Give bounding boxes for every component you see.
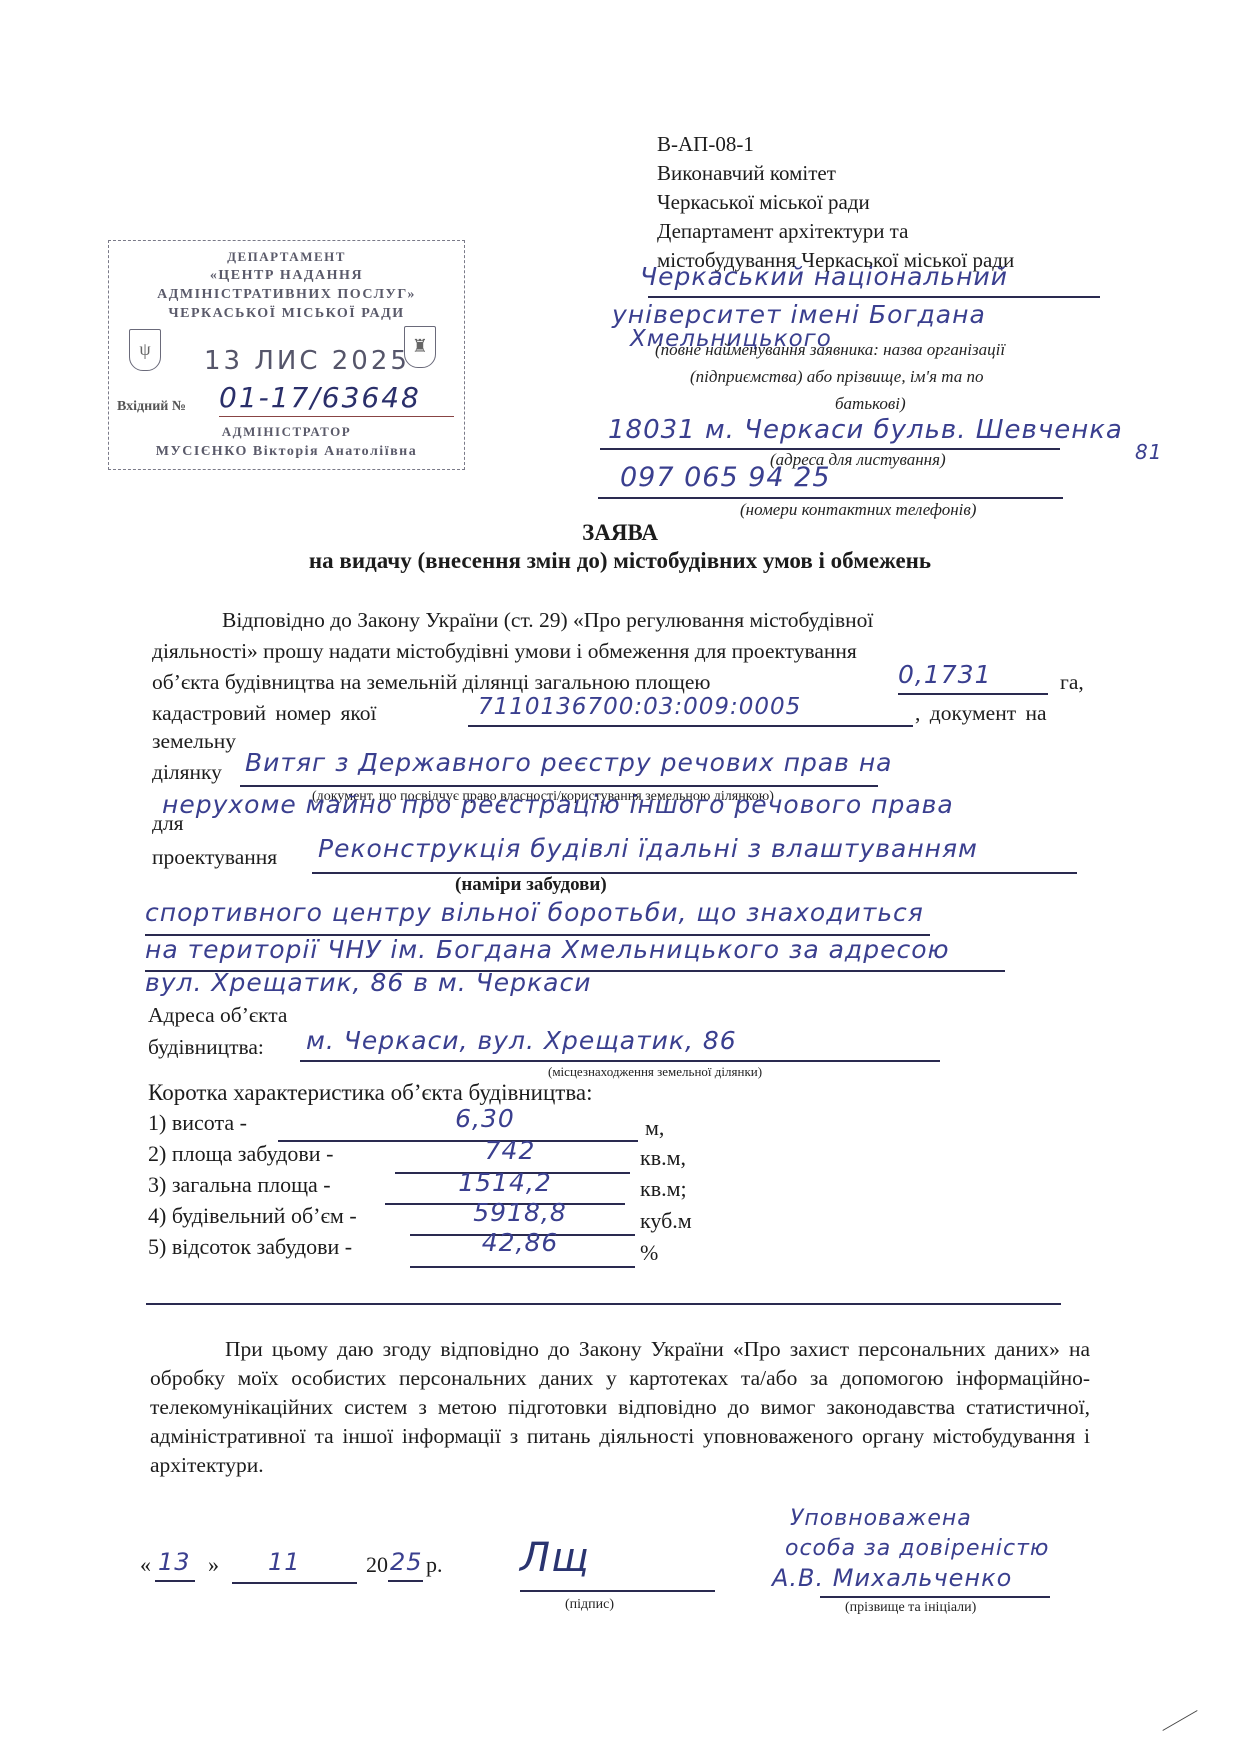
- document-subtitle: на видачу (внесення змін до) містобудівн…: [0, 548, 1240, 574]
- characteristic-value: 6,30: [345, 1104, 625, 1133]
- signature-mark: Лщ: [520, 1535, 590, 1581]
- recipient-line: Департамент архітектури та: [657, 217, 1014, 246]
- land-area-underline: [898, 693, 1048, 695]
- land-document-underline: [240, 785, 878, 787]
- characteristic-label: 2) площа забудови -: [148, 1141, 333, 1167]
- consent-line: метою підготовки відповідно до вимог зак…: [438, 1395, 1090, 1419]
- trident-emblem-icon: ψ: [129, 329, 161, 371]
- characteristic-value: 42,86: [410, 1228, 630, 1257]
- characteristic-value: 742: [395, 1136, 625, 1165]
- signer-line: особа за довіреністю: [785, 1536, 1049, 1561]
- characteristic-label: 5) відсоток забудови -: [148, 1234, 352, 1260]
- purpose-label: проектування: [152, 842, 277, 872]
- applicant-address: 18031 м. Черкаси бульв. Шевченка: [608, 415, 1123, 445]
- object-address-label: будівництва:: [148, 1032, 264, 1062]
- purpose-line: вул. Хрещатик, 86 в м. Черкаси: [145, 968, 591, 997]
- land-document-line: нерухоме майно про реєстрацію іншого реч…: [162, 790, 954, 819]
- object-address-label: Адреса об’єкта: [148, 1000, 287, 1030]
- signer-underline: [820, 1596, 1050, 1598]
- stamp-role: АДМІНІСТРАТОР: [109, 424, 464, 440]
- purpose-label: для: [152, 808, 184, 838]
- object-address-value: м. Черкаси, вул. Хрещатик, 86: [306, 1026, 737, 1055]
- stamp-line: ДЕПАРТАМЕНТ: [109, 249, 464, 265]
- object-address-underline: [300, 1060, 940, 1062]
- stamp-date: 13 ЛИС 2025: [204, 346, 410, 376]
- characteristic-label: 4) будівельний об’єм -: [148, 1203, 357, 1229]
- document-title: ЗАЯВА: [0, 520, 1240, 546]
- signature-underline: [520, 1590, 715, 1592]
- applicant-phone-underline: [598, 497, 1063, 499]
- document-label: , документ на: [915, 698, 1047, 728]
- date-month-underline: [232, 1582, 357, 1584]
- stamp-line: АДМІНІСТРАТИВНИХ ПОСЛУГ»: [109, 287, 464, 303]
- date-day-underline: [155, 1580, 195, 1582]
- characteristic-label: 3) загальна площа -: [148, 1172, 331, 1198]
- incoming-number-underline: [219, 416, 454, 417]
- applicant-name-caption: (повне найменування заявника: назва орга…: [655, 340, 1005, 360]
- characteristic-label: 1) висота -: [148, 1110, 247, 1136]
- section-divider: [146, 1303, 1061, 1305]
- applicant-name-caption: батькові): [835, 394, 906, 414]
- purpose-underline: [312, 872, 1077, 874]
- date-quote-open: «: [140, 1552, 151, 1578]
- stamp-administrator-name: МУСІЄНКО Вікторія Анатоліївна: [109, 444, 464, 460]
- date-day: 13: [158, 1548, 191, 1576]
- applicant-phone-caption: (номери контактних телефонів): [740, 500, 976, 520]
- characteristic-unit: кв.м;: [640, 1176, 687, 1202]
- applicant-phone: 097 065 94 25: [620, 462, 831, 493]
- cadastral-label: кадастровий номер якої: [152, 698, 376, 728]
- date-year-unit: р.: [426, 1552, 443, 1578]
- applicant-name-caption: (підприємства) або прізвище, ім'я та по: [690, 367, 983, 387]
- recipient-line: Черкаської міської ради: [657, 188, 1014, 217]
- recipient-header: В-АП-08-1 Виконавчий комітет Черкаської …: [657, 130, 1014, 275]
- stamp-line: «ЦЕНТР НАДАННЯ: [109, 268, 464, 284]
- characteristic-unit: куб.м: [640, 1208, 692, 1234]
- recipient-line: Виконавчий комітет: [657, 159, 1014, 188]
- date-year-underline: [388, 1580, 423, 1582]
- applicant-name-line: університет імені Богдана: [612, 300, 986, 329]
- applicant-name-underline: [648, 296, 1100, 298]
- date-year-prefix: 20: [366, 1552, 388, 1578]
- purpose-line: Реконструкція будівлі їдальні з влаштува…: [318, 834, 978, 863]
- date-quote-close: »: [208, 1552, 219, 1578]
- land-document-line: Витяг з Державного реєстру речових прав …: [245, 748, 893, 777]
- signer-caption: (прізвище та ініціали): [845, 1600, 976, 1616]
- incoming-number: 01-17/63648: [219, 381, 421, 414]
- characteristics-heading: Коротка характеристика об’єкта будівницт…: [148, 1080, 593, 1106]
- signer-name: А.В. Михальченко: [772, 1564, 1012, 1592]
- signer-line: Уповноважена: [790, 1506, 972, 1531]
- intro-line: діяльності» прошу надати містобудівні ум…: [152, 636, 857, 666]
- consent-line: При цьому даю згоду відповідно до Закону…: [225, 1337, 849, 1361]
- form-code: В-АП-08-1: [657, 130, 1014, 159]
- purpose-line: на території ЧНУ ім. Богдана Хмельницько…: [145, 935, 950, 964]
- consent-line: адміністративної та іншої інформації з п…: [150, 1424, 853, 1448]
- applicant-name-line: Черкаський національний: [640, 262, 1008, 291]
- date-year-suffix: 25: [390, 1548, 423, 1576]
- stamp-line: ЧЕРКАСЬКОЇ МІСЬКОЇ РАДИ: [109, 306, 464, 322]
- date-month: 11: [268, 1548, 301, 1576]
- applicant-address-cont: 81: [1135, 440, 1162, 464]
- consent-paragraph: При цьому даю згоду відповідно до Закону…: [150, 1335, 1090, 1480]
- document-label: земельну: [152, 726, 236, 756]
- purpose-caption: (наміри забудови): [455, 874, 607, 896]
- land-area-unit: га,: [1060, 667, 1084, 697]
- land-area-value: 0,1731: [898, 660, 991, 689]
- incoming-number-label: Вхідний №: [117, 399, 186, 415]
- characteristic-value: 1514,2: [385, 1168, 625, 1197]
- intro-line: Відповідно до Закону України (ст. 29) «П…: [222, 605, 873, 635]
- cadastral-number: 7110136700:03:009:0005: [478, 694, 801, 720]
- document-label: ділянку: [152, 757, 222, 787]
- characteristic-underline: [410, 1266, 635, 1268]
- cadastral-underline: [468, 725, 913, 727]
- characteristic-unit: %: [640, 1240, 658, 1266]
- intro-line: об’єкта будівництва на земельній ділянці…: [152, 667, 710, 697]
- object-address-caption: (місцезнаходження земельної ділянки): [548, 1064, 762, 1080]
- characteristic-unit: кв.м,: [640, 1145, 686, 1171]
- characteristic-value: 5918,8: [410, 1198, 630, 1227]
- scan-mark: [1162, 1710, 1197, 1731]
- signature-caption: (підпис): [565, 1597, 614, 1613]
- purpose-line: спортивного центру вільної боротьби, що …: [145, 898, 924, 927]
- registration-stamp: ДЕПАРТАМЕНТ «ЦЕНТР НАДАННЯ АДМІНІСТРАТИВ…: [108, 240, 465, 470]
- characteristic-unit: м,: [645, 1115, 664, 1141]
